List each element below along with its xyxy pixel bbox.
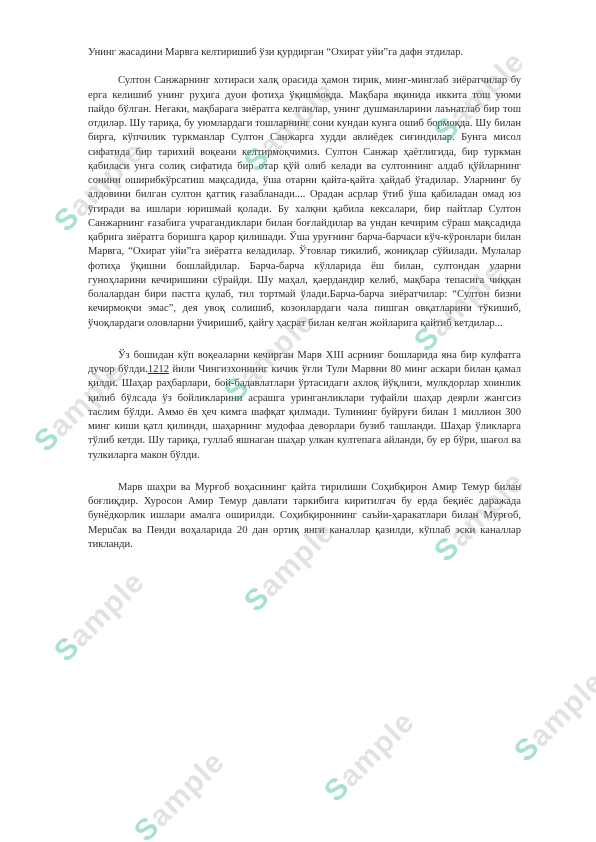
paragraph-2: Ўз бошидан кўп воқеаларни кечирган Марв …: [88, 349, 521, 463]
document-body: Унинг жасадини Марвга келтиришиб ўзи қур…: [88, 46, 521, 552]
paragraph-3: Марв шаҳри ва Мурғоб воҳасининг қайта ти…: [88, 481, 521, 552]
watermark-text: Sample: [128, 745, 232, 842]
paragraph-gap: [88, 463, 521, 481]
watermark-text: Sample: [508, 665, 596, 769]
paragraph-gap: [88, 331, 521, 349]
paragraph-2-end: йили Чингизхоннинг кичик ўғли Тули Марвн…: [88, 364, 521, 461]
watermark-text: Sample: [48, 565, 152, 669]
paragraph-1: Султон Санжарнинг хотираси халқ орасида …: [88, 74, 521, 331]
paragraph-0: Унинг жасадини Марвга келтиришиб ўзи қур…: [88, 46, 521, 60]
watermark-text: Sample: [318, 705, 422, 809]
document-page: Унинг жасадини Марвга келтиришиб ўзи қур…: [0, 0, 596, 842]
paragraph-gap: [88, 60, 521, 74]
underlined-year: 1212: [148, 364, 169, 375]
